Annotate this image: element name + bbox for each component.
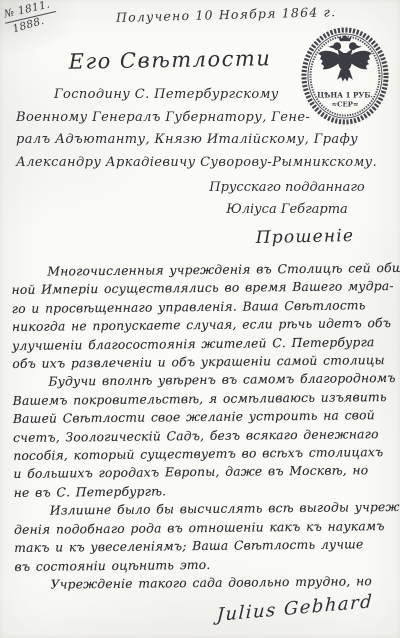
addressee-block: Господину С. ПетербургскомуВоенному Гене… bbox=[16, 84, 368, 174]
petition-paragraph-1: Многочисленныя учрежденія въ Столицѣ сей… bbox=[11, 259, 390, 373]
received-date-note: Получено 10 Ноября 1864 г. bbox=[116, 4, 337, 25]
handwritten-line: Александру Аркадіевичу Суворову-Рымникск… bbox=[16, 152, 368, 175]
registry-note: № 1811. 1888. bbox=[2, 0, 58, 35]
petition-paragraph-2: Будучи вполнѣ увѣренъ въ самомъ благород… bbox=[12, 369, 391, 502]
handwritten-line: Господину С. Петербургскому bbox=[16, 84, 368, 107]
petition-body: Многочисленныя учрежденія въ Столицѣ сей… bbox=[11, 259, 392, 594]
scanned-petition-document: № 1811. 1888. Получено 10 Ноября 1864 г.… bbox=[0, 0, 400, 638]
petition-paragraph-3: Излишне было бы высчислять всѣ выгоды уч… bbox=[14, 498, 393, 576]
document-title: Прошеніе bbox=[235, 226, 375, 249]
petition-paragraph-4: Учрежденіе такого сада довольно трудно, … bbox=[15, 572, 393, 594]
handwritten-line: Учрежденіе такого сада довольно трудно, … bbox=[15, 572, 393, 594]
salutation: Его Свѣтлости bbox=[55, 46, 285, 74]
petitioner-block: Прусскаго подданнагоЮліуса Гебгарта bbox=[198, 177, 376, 221]
handwritten-line: ралъ Адъютанту, Князю Италійскому, Графу bbox=[16, 129, 368, 152]
handwritten-line: и большихъ городахъ Европы, даже въ Моск… bbox=[13, 461, 391, 483]
handwritten-line: Юліуса Гебгарта bbox=[198, 199, 376, 221]
handwritten-line: Военному Генералъ Губернатору, Гене- bbox=[16, 107, 368, 130]
handwritten-line: Прусскаго подданнаго bbox=[198, 177, 376, 199]
signature: Julius Gebhard bbox=[200, 590, 390, 628]
